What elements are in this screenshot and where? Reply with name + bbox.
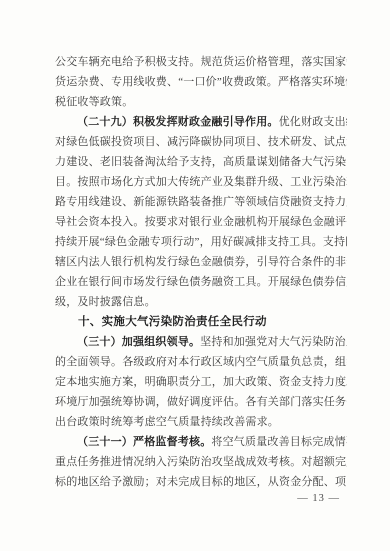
text-line: 定本地实施方案，明确职责分工，加大政策、资金支持力度。生态 — [55, 372, 347, 392]
text-line: 目。按照市场化方式加大传统产业及集群升级、工业污染治理、铁 — [55, 172, 347, 192]
text-line: （三十一）严格监督考核。将空气质量改善目标完成情况及 — [55, 432, 347, 452]
text-line: （二十九）积极发挥财政金融引导作用。优化财政支出结构， — [55, 112, 347, 132]
section-heading: 十、实施大气污染防治责任全民行动 — [55, 312, 347, 332]
document-body: 公交车辆充电给予积极支持。规范货运价格管理，落实国家铁路货运杂费、专用线收费、“… — [55, 52, 347, 492]
text-line: 路专用线建设、新能源铁路装备推广等领域信贷融资支持力度，引 — [55, 192, 347, 212]
document-page: 公交车辆充电给予积极支持。规范货运价格管理，落实国家铁路货运杂费、专用线收费、“… — [0, 0, 390, 551]
text-line: 导社会资本投入。按要求对银行业金融机构开展绿色金融评价。 — [55, 212, 347, 232]
text-line: （三十）加强组织领导。坚持和加强党对大气污染防治工作 — [55, 332, 347, 352]
paragraph-lead: （二十九）积极发挥财政金融引导作用。 — [77, 116, 279, 128]
page-number: — 13 — — [297, 492, 340, 506]
text-line: 环境厅加强统筹协调，做好调度评估。各有关部门落实任务分工， — [55, 392, 347, 412]
text-line: 公交车辆充电给予积极支持。规范货运价格管理，落实国家铁路 — [55, 52, 347, 72]
text-line: 重点任务推进情况纳入污染防治攻坚战成效考核。对超额完成目 — [55, 452, 347, 472]
text-line: 力建设、老旧装备淘汰给予支持，高质量谋划储备大气污染防治项 — [55, 152, 347, 172]
text-line: 级，及时披露信息。 — [55, 292, 347, 312]
text-line: 出台政策时统筹考虑空气质量持续改善需求。 — [55, 412, 347, 432]
text-line: 企业在银行间市场发行绿色债务融资工具。开展绿色债券信用评 — [55, 272, 347, 292]
text-line: 对绿色低碳投资项目、减污降碳协同项目、技术研发、试点示范、能 — [55, 132, 347, 152]
text-line: 的全面领导。各级政府对本行政区域内空气质量负总责，组织制 — [55, 352, 347, 372]
text-line: 辖区内法人银行机构发行绿色金融债券，引导符合条件的非金融 — [55, 252, 347, 272]
text-line: 标的地区给予激励；对未完成目标的地区，从资金分配、项目审批、 — [55, 472, 347, 492]
text-line: 货运杂费、专用线收费、“一口价”收费政策。严格落实环境保护 — [55, 72, 347, 92]
paragraph-lead: （三十）加强组织领导。 — [77, 336, 200, 348]
text-line: 税征收等政策。 — [55, 92, 347, 112]
paragraph-lead: （三十一）严格监督考核。 — [77, 436, 211, 448]
text-line: 持续开展“绿色金融专项行动”，用好碳减排支持工具。支持四川 — [55, 232, 347, 252]
